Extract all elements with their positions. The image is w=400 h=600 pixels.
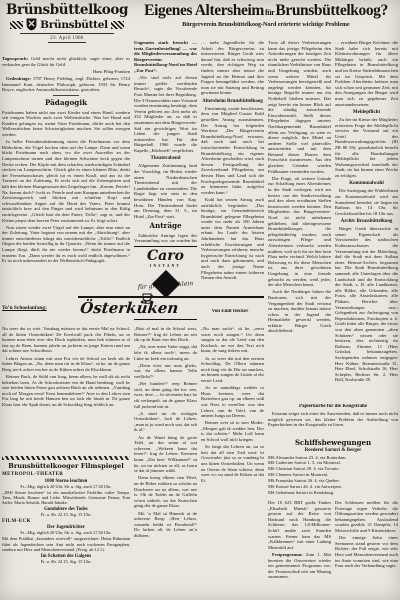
coat-of-arms-icon xyxy=(26,18,37,31)
late-film-times: Fr. u. Sb. 22.15, Stg. 15 Uhr. xyxy=(2,512,130,517)
newspaper-page: Brünsbüttelkoog Brünsbüttel 23. April 19… xyxy=(0,0,400,600)
masthead-subtitle: Brünsbüttel xyxy=(40,19,108,31)
paragraph: Einstimmig wurde beschlossen, dem von Mi… xyxy=(201,106,264,196)
subhead-altersheim: Altersheim Brunsbüttelkoog xyxy=(201,99,264,105)
filmspiegel-title: Brunsbüttelkooger Filmspiegel xyxy=(2,462,130,470)
ship-entry: MS Geheimrat Sartori in Rendsburg. xyxy=(268,490,398,496)
article-lead: Ungemein stark besucht — trotz Gartenbes… xyxy=(134,40,197,74)
cinema-name: FILM-ECK xyxy=(2,519,130,524)
paragraph: „Nä, aver mien Vader seggt, dat lehr ik … xyxy=(134,344,197,361)
paragraph: Reimer Buck, de Stöhl van Jung, keem all… xyxy=(2,374,130,408)
paragraph: Nun sitzen wieder zwei Vögel auf der Lam… xyxy=(2,225,130,264)
paragraph: „Ji sünd mi de richtigen Oosterküken“, l… xyxy=(134,411,197,433)
gedenktage: Gedenktage: 1707 Henry Fielding, engl. D… xyxy=(2,76,130,93)
story-byline: Von Emil Hecker xyxy=(196,309,264,314)
film-times: Fr.–Mtg. täglich 20 Uhr, Sb. u. Stg. auc… xyxy=(2,530,130,535)
issue-date: 23. April 1966 xyxy=(2,36,132,41)
paragraph: Die Frage, ob weitere Gründe zur Schaffu… xyxy=(268,176,331,288)
paragraph: Lehrer Antrus stünn mit sien Fru vör de … xyxy=(2,356,130,373)
caro-variant: INSTANT xyxy=(134,264,197,268)
masthead-ornament-right-icon xyxy=(111,21,124,29)
article-col-1: Ungemein stark besucht — trotz Gartenbes… xyxy=(134,40,197,244)
paragraph: As se namiddags wedder to Huus keemen, w… xyxy=(201,385,264,419)
film-review: „1000 Sterne leuchten“ ist ein musikalis… xyxy=(2,490,130,506)
story-col-2: „Büst al mal in de School west, Reimer?“… xyxy=(134,326,197,596)
paragraph: An de Wand hüng de grote Tafel, un dor s… xyxy=(134,435,197,474)
wavy-divider xyxy=(2,456,130,460)
main-headline: Eigenes AltersheimfürBrunsbüttelkoog? xyxy=(134,2,398,19)
cinema-metropol: METROPOL-THEATER 1000 Sterne leuchten Fr… xyxy=(2,472,130,517)
section-divider xyxy=(53,95,79,96)
paragraph: Die Auslegung der Wählerlisten zur Kommu… xyxy=(335,188,398,216)
masthead-title: Brünsbüttelkoog xyxy=(2,3,132,17)
paragraph: Die Schleusen melden für die Feiertage r… xyxy=(335,500,398,534)
notes-col-left: Der 10 623 BRT große Tanker „Elisabeth M… xyxy=(268,500,331,598)
paragraph: Nu weer dat so wiet. Vundaag müssen se d… xyxy=(2,326,130,354)
paragraph: Der einzige Sohn eines Seemanns stand ge… xyxy=(335,535,398,569)
subhead-archiv: Archiv Brunsbüttelkoog xyxy=(335,219,398,225)
paedagogik-body: Fistelmanns haben nicht nur zwei Kinder … xyxy=(2,110,130,264)
paragraph: Auch die Neubürger hätten die Bastionen,… xyxy=(268,289,331,334)
left-column: Tagesspruch: Geld macht nicht glücklich,… xyxy=(2,56,130,294)
paragraph: Trotz all dieser Verbesserungen kann das… xyxy=(268,40,331,174)
ship-list: MS Alexandra Sartori 23. 4. via Rotterda… xyxy=(268,455,398,496)
notes-col-right: Die Schleusen melden für die Feiertage r… xyxy=(335,500,398,598)
tagesspruch: Tagesspruch: Geld macht nicht glücklich,… xyxy=(2,56,130,67)
paragraph: „Büst al mal in de School west, Reimer?“… xyxy=(134,326,197,343)
subhead-meldepflicht: Meldepflicht xyxy=(335,110,398,116)
film-review: Mit dem Prädikat „besonders wertvoll“ au… xyxy=(2,536,130,552)
paragraph: Mit ’n Mal sä Hinnerk ut de achterste Re… xyxy=(134,511,197,539)
paragraph: Ja, so weer dat mit den eersten Schoolda… xyxy=(201,356,264,384)
paragraph: „Nu man sacht“, sä he, „eerst warrt noch… xyxy=(201,326,264,354)
paragraph: Denn kreeg elkeen sien Fibel, un de Böke… xyxy=(134,475,197,509)
article-col-2: … mehr Jugendliche für die Arbeit des Bü… xyxy=(201,40,264,320)
subhead-antraege: Anträge xyxy=(134,222,197,231)
film-times: Fr.–Mtg. täglich 20 Uhr, Sb. u. Stg. auc… xyxy=(2,484,130,489)
subhead-theaterabend: Theaterabend xyxy=(134,156,197,162)
story-col-3: „Nu man sacht“, sä he, „eerst warrt noch… xyxy=(201,326,264,596)
cinema-name: METROPOL-THEATER xyxy=(2,472,130,477)
papierkoerbe-block: Papierkörbe für die Koogstraße Erstaunt … xyxy=(268,404,398,437)
masthead: Brünsbüttelkoog Brünsbüttel 23. April 19… xyxy=(2,3,132,55)
paragraph: Erstaunt zeigte sich einer der Anwesende… xyxy=(268,411,398,428)
paragraph: „Bet hundert!“ reep Reimer stolt, un den… xyxy=(134,381,197,409)
headline-subtitle: Bürgerverein Brunsbüttelkoog-Nord erörte… xyxy=(134,22,398,28)
shipping-company: Reederei Sartori & Berger xyxy=(268,448,398,453)
caro-slogan: für groß und klein xyxy=(134,279,197,290)
paedagogik-title: Pädagogik xyxy=(2,99,130,108)
story-rule xyxy=(78,296,264,298)
filmspiegel-block: Brunsbüttelkooger Filmspiegel METROPOL-T… xyxy=(2,456,130,598)
paragraph: … mehr Jugendliche für die Arbeit des Bü… xyxy=(201,40,264,96)
story-kicker: To’n Schoolanfang: xyxy=(2,305,76,311)
shipping-block: Schiffsbewegungen Reederei Sartori & Ber… xyxy=(268,438,398,498)
paragraph: „Wir sind stolz auf diesen immer größer … xyxy=(134,75,197,153)
paragraph: Bürger Groth überraschte in seiner Eigen… xyxy=(335,226,398,383)
article-col-4: … erwähnte Bürger Kelchner: die Stadt ha… xyxy=(335,40,398,402)
paragraph: Der 10 623 BRT große Tanker „Elisabeth M… xyxy=(268,500,331,550)
paragraph: In heller Feierabendstimmung sitzen die … xyxy=(2,139,130,223)
paragraph: Reimer aver sä to sien Moder: „Morgen ga… xyxy=(201,420,264,442)
paragraph: So fangt dat Lehren an, un so hett dat a… xyxy=(201,444,264,483)
cinema-filmeck: FILM-ECK Der Jugendrichter Fr.–Mtg. tägl… xyxy=(2,519,130,564)
paragraph: Zu der im Kreise der Mitglieder erörtert… xyxy=(335,117,398,179)
caro-brand: Caro xyxy=(134,249,197,263)
subhead-kommunalwahl: Kommunalwahl xyxy=(335,181,398,187)
shipping-title: Schiffsbewegungen xyxy=(268,438,398,447)
subhead-papierkoerbe: Papierkörbe für die Koogstraße xyxy=(268,404,398,410)
story-col-1: Nu weer dat so wiet. Vundaag müssen se d… xyxy=(2,326,130,452)
late-film-times: Fr. u. Sb. 22.15, Stg. 15 Uhr. xyxy=(2,559,130,564)
paragraph: Allgemeine Zustimmung fand der Vorschlag… xyxy=(134,163,197,219)
article-col-3: Trotz all dieser Verbesserungen kann das… xyxy=(268,40,331,402)
masthead-ornament-left-icon xyxy=(10,21,23,29)
headline-block: Eigenes AltersheimfürBrunsbüttelkoog? Bü… xyxy=(134,2,398,36)
paragraph: … erwähnte Bürger Kelchner: die Stadt ha… xyxy=(335,40,398,107)
story-title: Österküken xyxy=(79,299,194,323)
paragraph: Fistelmanns haben nicht nur zwei Kinder … xyxy=(2,110,130,138)
paragraph: „Denn wies uns man glieks, wat du allens… xyxy=(134,363,197,380)
paragraph: Kuhl hat seinen Antrag auch ausführlich … xyxy=(201,197,264,281)
tagesspruch-author: Hans Pflug-Franken xyxy=(2,69,130,75)
paragraph: Festprogramm: Zum 1. Mai bereiten die Or… xyxy=(268,552,331,580)
paragraph: Zahlreiche Anträge lagen der Versammlung… xyxy=(134,233,197,244)
